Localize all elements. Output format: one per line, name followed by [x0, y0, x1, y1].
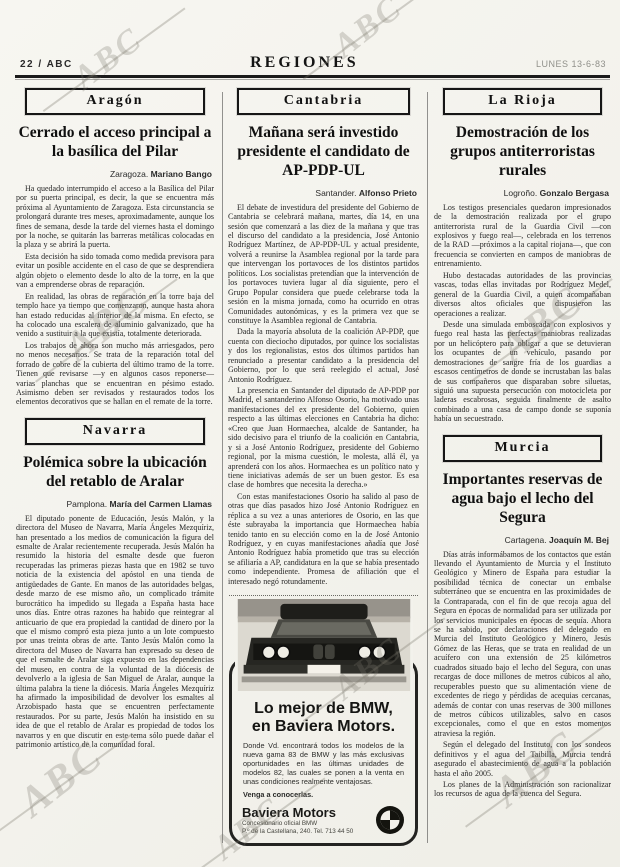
article-paragraph: Con estas manifestaciones Osorio ha sali…	[228, 492, 419, 586]
article-body: Ha quedado interrumpido el acceso a la B…	[15, 184, 215, 407]
author: Mariano Bango	[151, 169, 212, 179]
region-header-la-rioja: La Rioja	[443, 88, 602, 115]
article-aragon: Aragón Cerrado el acceso principal a la …	[15, 88, 215, 407]
article-paragraph: El diputado ponente de Educación, Jesús …	[16, 514, 214, 750]
article-paragraph: Esta decisión ha sido tomada como medida…	[16, 252, 214, 290]
article-paragraph: Hubo destacadas autoridades de las provi…	[434, 271, 611, 318]
article-paragraph: El debate de investidura del presidente …	[228, 203, 419, 326]
region-header-aragon: Aragón	[25, 88, 205, 115]
header-rule	[15, 75, 610, 78]
article-paragraph: Según el delegado del Instituto, con los…	[434, 740, 611, 778]
column-left: Aragón Cerrado el acceso principal a la …	[15, 88, 215, 846]
region-label: Murcia	[494, 440, 550, 455]
article-paragraph: Los trabajos de ahora son mucho más arri…	[16, 341, 214, 407]
byline-navarra: Pamplona. María del Carmen Llamas	[18, 499, 212, 509]
dateline: Santander.	[315, 188, 356, 198]
region-label: La Rioja	[488, 93, 557, 108]
dateline: Pamplona.	[66, 499, 107, 509]
article-body: Los testigos presenciales quedaron impre…	[433, 203, 612, 424]
region-header-navarra: Navarra	[25, 418, 205, 445]
page-date: LUNES 13-6-83	[536, 59, 606, 69]
article-paragraph: Dada la mayoría absoluta de la coalición…	[228, 327, 419, 384]
newspaper-page: ABC ABC ABC ABC ABC ABC ABC ABC 22 / ABC…	[0, 0, 620, 867]
article-paragraph: Desde una simulada emboscada con explosi…	[434, 320, 611, 424]
article-body: El debate de investidura del presidente …	[227, 203, 420, 587]
ad-body-text: Donde Vd. encontrará todos los modelos d…	[243, 741, 404, 787]
dealer-name: Baviera Motors	[242, 805, 353, 820]
ad-dealer-row: Baviera Motors Concesionario oficial BMW…	[241, 805, 406, 836]
byline-murcia: Cartagena. Joaquín M. Bej	[436, 535, 609, 545]
page-number: 22 / ABC	[20, 59, 73, 70]
region-header-murcia: Murcia	[443, 435, 602, 462]
ad-headline: Lo mejor de BMW, en Baviera Motors.	[241, 700, 406, 736]
author: María del Carmen Llamas	[109, 499, 212, 509]
dealer-info: Baviera Motors Concesionario oficial BMW…	[242, 805, 353, 836]
column-middle: Cantabria Mañana será investido presiden…	[227, 88, 420, 846]
ad-cta-text: Venga a conocerlas.	[243, 790, 404, 799]
author: Alfonso Prieto	[359, 188, 417, 198]
headline-cantabria: Mañana será investido presidente el cand…	[228, 124, 419, 181]
author: Joaquín M. Bej	[549, 535, 609, 545]
region-header-cantabria: Cantabria	[237, 88, 410, 115]
headline-aragon: Cerrado el acceso principal a la basílic…	[16, 124, 214, 162]
section-title: REGIONES	[250, 54, 358, 72]
article-paragraph: Los planes de la Administración son raci…	[434, 780, 611, 799]
bmw-car-photo	[235, 599, 413, 691]
page-header: 22 / ABC REGIONES LUNES 13-6-83	[20, 54, 606, 72]
dateline: Logroño.	[504, 188, 538, 198]
article-paragraph: En realidad, las obras de reparación en …	[16, 292, 214, 339]
car-illustration	[235, 599, 413, 691]
region-label: Aragón	[86, 93, 143, 108]
dateline: Cartagena.	[505, 535, 547, 545]
article-body: Días atrás informábamos de los contactos…	[433, 550, 612, 799]
article-paragraph: Días atrás informábamos de los contactos…	[434, 550, 611, 739]
article-cantabria: Cantabria Mañana será investido presiden…	[227, 88, 420, 586]
byline-cantabria: Santander. Alfonso Prieto	[230, 188, 417, 198]
article-paragraph: Ha quedado interrumpido el acceso a la B…	[16, 184, 214, 250]
column-right: La Rioja Demostración de los grupos anti…	[433, 88, 612, 846]
author: Gonzalo Bergasa	[540, 188, 609, 198]
article-murcia: Murcia Importantes reservas de agua bajo…	[433, 435, 612, 799]
columns: Aragón Cerrado el acceso principal a la …	[15, 88, 612, 846]
article-navarra: Navarra Polémica sobre la ubicación del …	[15, 418, 215, 750]
headline-navarra: Polémica sobre la ubicación del retablo …	[16, 454, 214, 492]
article-paragraph: La presencia en Santander del diputado d…	[228, 386, 419, 490]
bmw-logo-icon	[375, 805, 405, 835]
byline-la-rioja: Logroño. Gonzalo Bergasa	[436, 188, 609, 198]
headline-la-rioja: Demostración de los grupos antiterrorist…	[434, 124, 611, 181]
region-label: Navarra	[83, 423, 148, 438]
dealer-subtitle: Concesionario oficial BMW	[242, 820, 353, 828]
bmw-advertisement: Lo mejor de BMW, en Baviera Motors. Dond…	[229, 595, 418, 846]
headline-murcia: Importantes reservas de agua bajo el lec…	[434, 471, 611, 528]
byline-aragon: Zaragoza. Mariano Bango	[18, 169, 212, 179]
dealer-address: P.º de la Castellana, 240. Tel. 713 44 5…	[242, 828, 353, 836]
ad-headline-line1: Lo mejor de BMW,	[241, 700, 406, 718]
dateline: Zaragoza.	[110, 169, 148, 179]
article-la-rioja: La Rioja Demostración de los grupos anti…	[433, 88, 612, 424]
article-body: El diputado ponente de Educación, Jesús …	[15, 514, 215, 750]
article-paragraph: Los testigos presenciales quedaron impre…	[434, 203, 611, 269]
ad-headline-line2: en Baviera Motors.	[241, 718, 406, 736]
region-label: Cantabria	[284, 93, 363, 108]
